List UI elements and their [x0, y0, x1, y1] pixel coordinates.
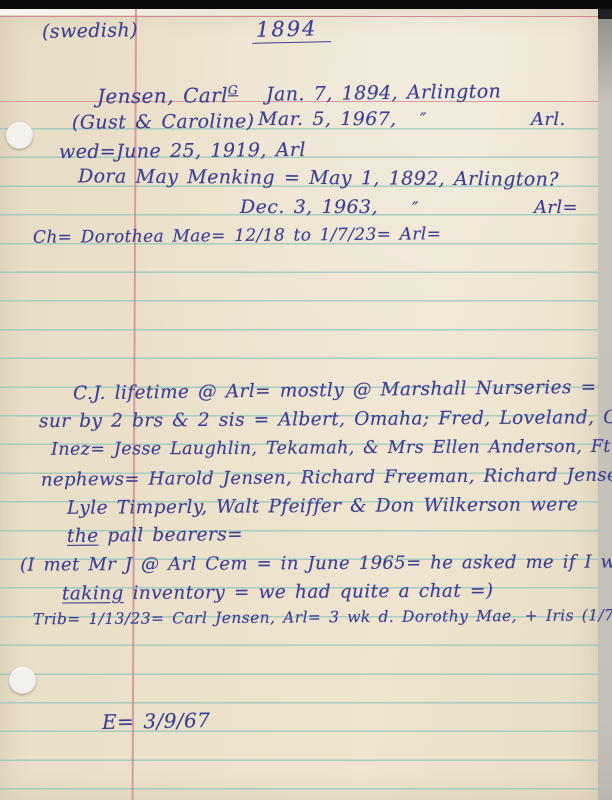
spouse-death-ditto-mark: ″	[412, 199, 419, 219]
entered-date-note: E= 3/9/67	[102, 708, 211, 734]
scanned-document-page: (swedish) 1894 Jensen, CarlG Jan. 7, 189…	[0, 0, 612, 800]
child-line: Ch= Dorothea Mae= 12/18 to 1/7/23= Arl=	[33, 224, 442, 248]
parents-note: (Gust & Caroline)	[72, 110, 255, 133]
spouse-death-date: Dec. 3, 1963,	[240, 196, 378, 218]
note-pallbearers-3: the pall bearers=	[67, 524, 243, 547]
underlined-word-the: the	[67, 526, 99, 547]
pallbearers-3-rest: pall bearers=	[98, 524, 243, 547]
note-survivors-1: sur by 2 brs & 2 sis = Albert, Omaha; Fr…	[39, 407, 612, 432]
marriage-line: wed=June 25, 1919, Arl	[59, 139, 306, 163]
spouse-line: Dora May Menking = May 1, 1892, Arlingto…	[78, 165, 559, 190]
death-place-ditto-mark: ″	[420, 110, 427, 130]
note-occupation: C.J. lifetime @ Arl= mostly @ Marshall N…	[73, 377, 597, 404]
underlined-word-taking: taking	[62, 583, 124, 604]
note-anecdote-2: taking inventory = we had quite a chat =…	[62, 580, 494, 604]
year-heading: 1894	[252, 16, 332, 44]
note-pallbearers-1: nephews= Harold Jensen, Richard Freeman,…	[41, 464, 612, 490]
note-anecdote-1: (I met Mr J @ Arl Cem = in June 1965= he…	[20, 551, 612, 575]
note-survivors-2: Inez= Jesse Laughlin, Tekamah, & Mrs Ell…	[51, 436, 612, 460]
death-date: Mar. 5, 1967,	[258, 108, 397, 130]
birth-date-place: Jan. 7, 1894, Arlington	[266, 80, 502, 105]
entry-name-superscript: G	[228, 82, 238, 97]
entered-date: 3/9/67	[134, 708, 210, 733]
origin-note: (swedish)	[42, 19, 138, 43]
note-pallbearers-2: Lyle Timperly, Walt Pfeiffer & Don Wilke…	[67, 494, 578, 519]
death-cemetery: Arl.	[531, 109, 566, 130]
entry-name-text: Jensen, Carl	[97, 83, 228, 108]
anecdote-2-rest: inventory = we had quite a chat =)	[124, 580, 494, 604]
spouse-death-cemetery: Arl=	[534, 197, 578, 218]
entry-name: Jensen, CarlG	[97, 82, 238, 108]
note-source-citation: Trib= 1/13/23= Carl Jensen, Arl= 3 wk d.…	[33, 606, 612, 629]
handwriting-layer: (swedish) 1894 Jensen, CarlG Jan. 7, 189…	[0, 0, 612, 800]
entered-label: E=	[102, 709, 135, 734]
